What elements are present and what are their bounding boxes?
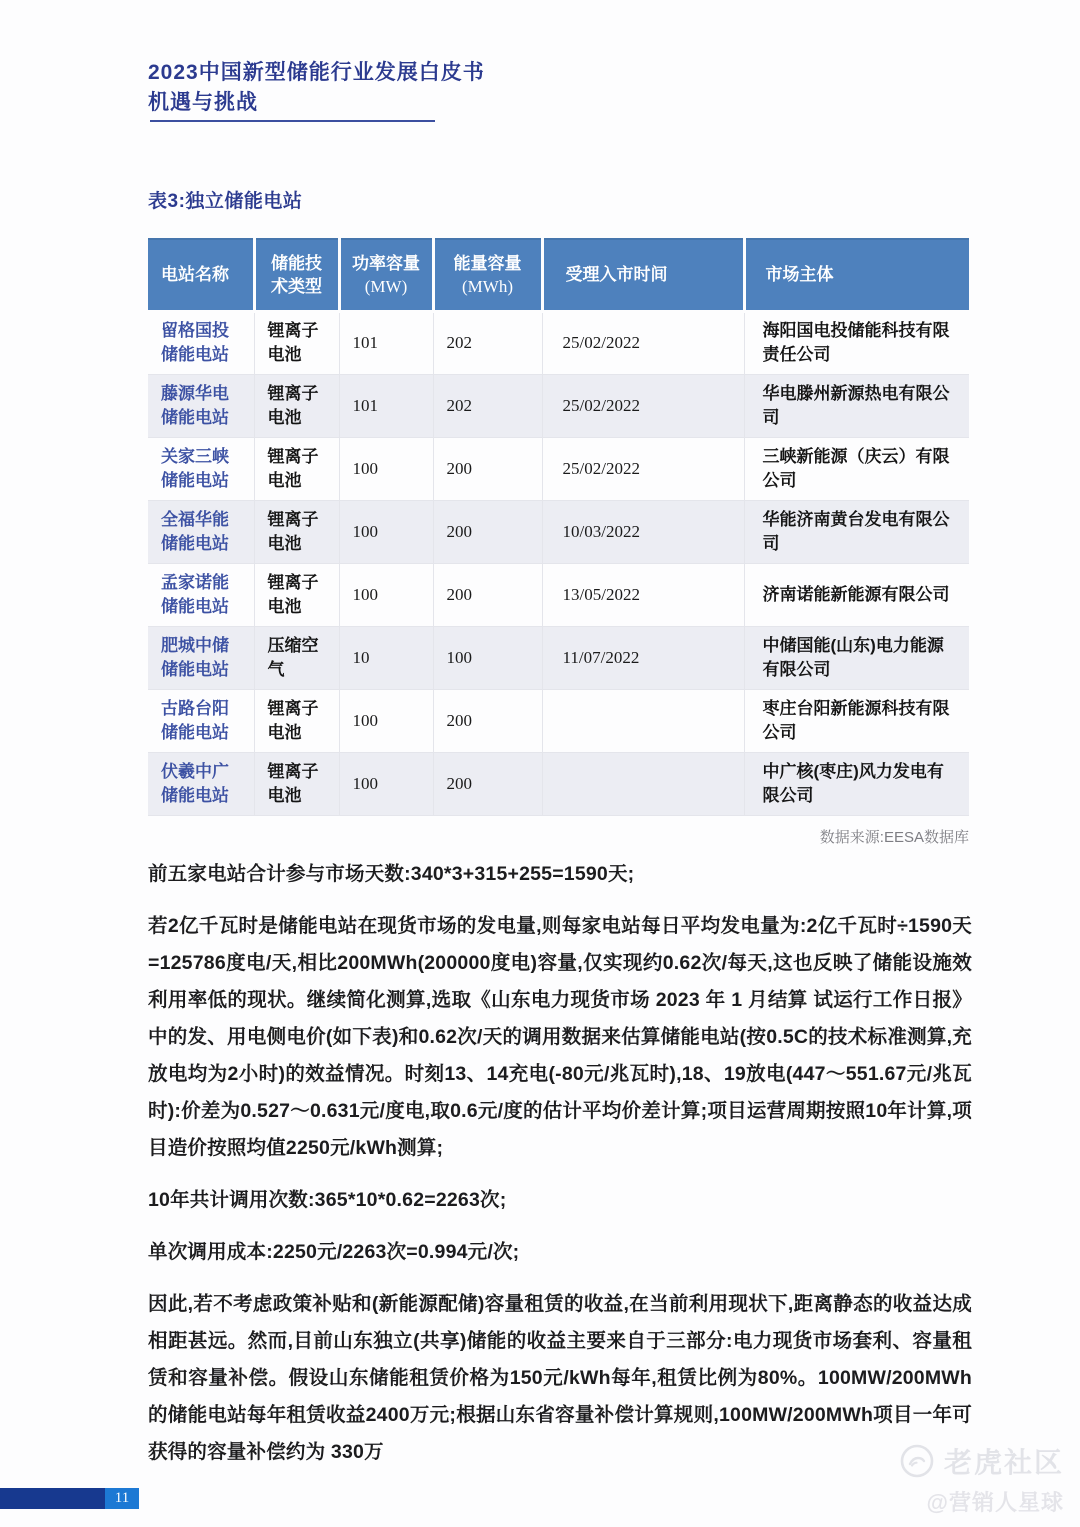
body-paragraph: 前五家电站合计参与市场天数:340*3+315+255=1590天; (148, 856, 972, 893)
header-label: 电站名称 (161, 265, 229, 284)
entry-date-cell: 11/07/2022 (542, 626, 744, 689)
market-entity-cell: 枣庄台阳新能源科技有限公司 (744, 689, 969, 752)
energy-cell: 200 (433, 563, 542, 626)
market-entity-cell: 中储国能(山东)电力能源有限公司 (744, 626, 969, 689)
power-cell: 100 (339, 563, 433, 626)
power-cell: 101 (339, 374, 433, 437)
market-entity-cell: 华电滕州新源热电有限公司 (744, 374, 969, 437)
table-row: 伏羲中广储能电站 锂离子电池 100 200 中广核(枣庄)风力发电有限公司 (148, 752, 969, 815)
header-cell-tech-type: 储能技术类型 (254, 239, 339, 311)
station-name-cell: 肥城中储储能电站 (148, 626, 254, 689)
doc-title-line2: 机遇与挑战 (148, 88, 485, 118)
header-label: 术类型 (271, 277, 322, 296)
market-entity-cell: 三峡新能源（庆云）有限公司 (744, 437, 969, 500)
body-paragraph: 若2亿千瓦时是储能电站在现货市场的发电量,则每家电站每日平均发电量为:2亿千瓦时… (148, 908, 972, 1167)
header-unit: (MWh) (462, 277, 513, 296)
market-entity-cell: 中广核(枣庄)风力发电有限公司 (744, 752, 969, 815)
header-cell-station-name: 电站名称 (148, 239, 254, 311)
power-cell: 10 (339, 626, 433, 689)
tech-type-cell: 锂离子电池 (254, 500, 339, 563)
station-name-cell: 伏羲中广储能电站 (148, 752, 254, 815)
table-row: 藤源华电储能电站 锂离子电池 101 202 25/02/2022 华电滕州新源… (148, 374, 969, 437)
header-label: 储能技 (271, 254, 322, 273)
entry-date-cell: 25/02/2022 (542, 437, 744, 500)
energy-cell: 200 (433, 689, 542, 752)
watermark-handle: @营销人星球 (927, 1486, 1064, 1517)
table-row: 关家三峡储能电站 锂离子电池 100 200 25/02/2022 三峡新能源（… (148, 437, 969, 500)
station-name-cell: 藤源华电储能电站 (148, 374, 254, 437)
station-name-cell: 孟家诺能储能电站 (148, 563, 254, 626)
body-text: 前五家电站合计参与市场天数:340*3+315+255=1590天; 若2亿千瓦… (148, 856, 972, 1486)
energy-cell: 202 (433, 311, 542, 374)
entry-date-cell: 13/05/2022 (542, 563, 744, 626)
table-header: 电站名称 储能技术类型 功率容量(MW) 能量容量(MWh) 受理入市时间 市场… (148, 239, 969, 311)
tech-type-cell: 锂离子电池 (254, 374, 339, 437)
data-source-note: 数据来源:EESA数据库 (148, 826, 969, 847)
power-cell: 100 (339, 500, 433, 563)
tech-type-cell: 锂离子电池 (254, 311, 339, 374)
watermark: 老虎社区 (900, 1441, 1064, 1481)
entry-date-cell (542, 689, 744, 752)
header-label: 能量容量 (454, 254, 522, 273)
power-cell: 100 (339, 752, 433, 815)
table-caption: 表3:独立储能电站 (148, 186, 302, 213)
header-label: 受理入市时间 (566, 265, 668, 284)
body-paragraph: 10年共计调用次数:365*10*0.62=2263次; (148, 1182, 972, 1219)
station-name-cell: 留格国投储能电站 (148, 311, 254, 374)
table-body: 留格国投储能电站 锂离子电池 101 202 25/02/2022 海阳国电投储… (148, 311, 969, 815)
power-cell: 101 (339, 311, 433, 374)
power-cell: 100 (339, 689, 433, 752)
station-name-cell: 全福华能储能电站 (148, 500, 254, 563)
energy-cell: 200 (433, 500, 542, 563)
document-header: 2023中国新型储能行业发展白皮书 机遇与挑战 (148, 58, 485, 118)
header-cell-power-capacity: 功率容量(MW) (339, 239, 433, 311)
table: 电站名称 储能技术类型 功率容量(MW) 能量容量(MWh) 受理入市时间 市场… (148, 238, 969, 816)
market-entity-cell: 海阳国电投储能科技有限责任公司 (744, 311, 969, 374)
tech-type-cell: 锂离子电池 (254, 689, 339, 752)
document-page: 2023中国新型储能行业发展白皮书 机遇与挑战 表3:独立储能电站 电站名称 储… (0, 0, 1080, 1527)
header-label: 功率容量 (352, 254, 420, 273)
tech-type-cell: 锂离子电池 (254, 752, 339, 815)
energy-cell: 100 (433, 626, 542, 689)
market-entity-cell: 济南诺能新能源有限公司 (744, 563, 969, 626)
table-header-row: 电站名称 储能技术类型 功率容量(MW) 能量容量(MWh) 受理入市时间 市场… (148, 239, 969, 311)
body-paragraph: 因此,若不考虑政策补贴和(新能源配储)容量租赁的收益,在当前利用现状下,距离静态… (148, 1286, 972, 1471)
header-divider (150, 120, 435, 122)
header-cell-entry-date: 受理入市时间 (542, 239, 744, 311)
watermark-community-label: 老虎社区 (944, 1441, 1064, 1481)
table-row: 肥城中储储能电站 压缩空气 10 100 11/07/2022 中储国能(山东)… (148, 626, 969, 689)
header-cell-market-entity: 市场主体 (744, 239, 969, 311)
tech-type-cell: 压缩空气 (254, 626, 339, 689)
tiger-logo-icon (900, 1444, 934, 1478)
energy-cell: 200 (433, 437, 542, 500)
entry-date-cell: 25/02/2022 (542, 374, 744, 437)
page-number: 11 (105, 1488, 139, 1509)
energy-cell: 202 (433, 374, 542, 437)
tech-type-cell: 锂离子电池 (254, 563, 339, 626)
station-name-cell: 关家三峡储能电站 (148, 437, 254, 500)
body-paragraph: 单次调用成本:2250元/2263次=0.994元/次; (148, 1234, 972, 1271)
header-label: 市场主体 (766, 265, 834, 284)
table-row: 孟家诺能储能电站 锂离子电池 100 200 13/05/2022 济南诺能新能… (148, 563, 969, 626)
header-unit: (MW) (365, 277, 407, 296)
storage-stations-table: 电站名称 储能技术类型 功率容量(MW) 能量容量(MWh) 受理入市时间 市场… (148, 238, 969, 816)
tech-type-cell: 锂离子电池 (254, 437, 339, 500)
market-entity-cell: 华能济南黄台发电有限公司 (744, 500, 969, 563)
footer-bar (0, 1488, 105, 1509)
table-row: 全福华能储能电站 锂离子电池 100 200 10/03/2022 华能济南黄台… (148, 500, 969, 563)
table-row: 留格国投储能电站 锂离子电池 101 202 25/02/2022 海阳国电投储… (148, 311, 969, 374)
table-row: 古路台阳储能电站 锂离子电池 100 200 枣庄台阳新能源科技有限公司 (148, 689, 969, 752)
header-cell-energy-capacity: 能量容量(MWh) (433, 239, 542, 311)
entry-date-cell: 25/02/2022 (542, 311, 744, 374)
energy-cell: 200 (433, 752, 542, 815)
doc-title-line1: 2023中国新型储能行业发展白皮书 (148, 58, 485, 88)
entry-date-cell (542, 752, 744, 815)
station-name-cell: 古路台阳储能电站 (148, 689, 254, 752)
entry-date-cell: 10/03/2022 (542, 500, 744, 563)
power-cell: 100 (339, 437, 433, 500)
